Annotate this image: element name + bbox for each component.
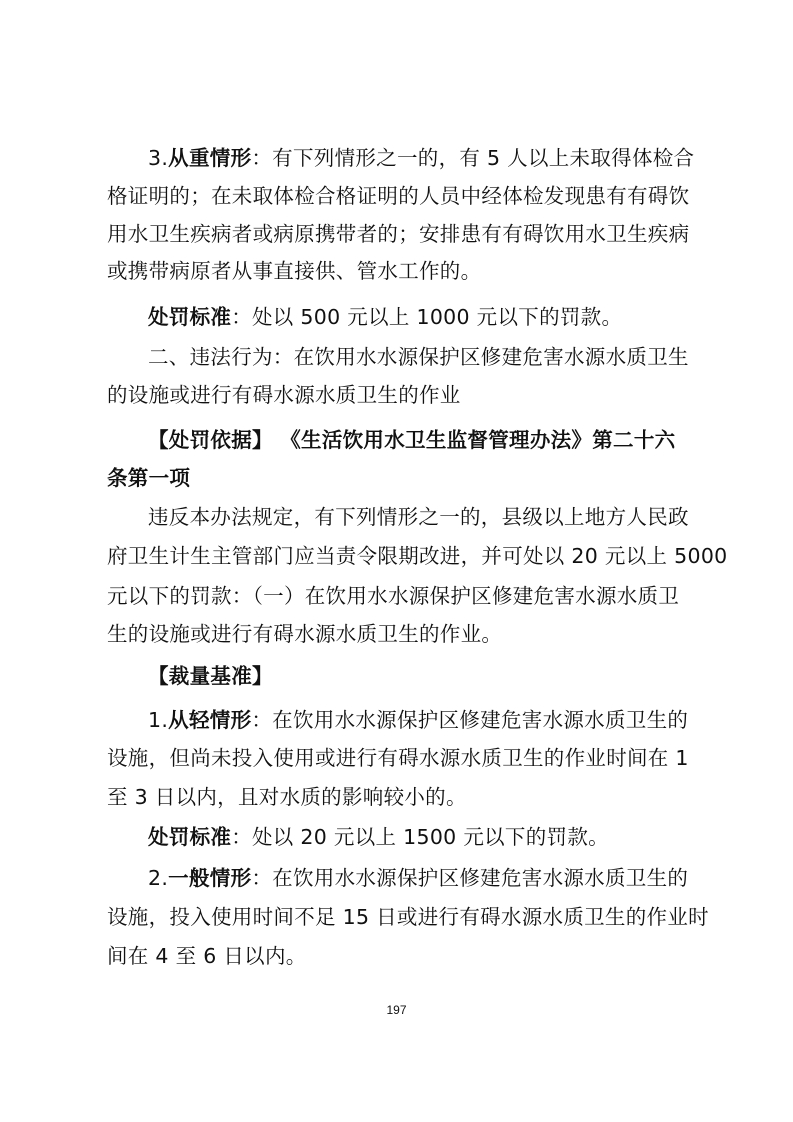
p1-line1: 3.从重情形：有下列情形之一的，有 5 人以上未取得体检合 (148, 146, 738, 170)
violation-heading-line1: 二、违法行为：在饮用水水源保护区修建危害水源水质卫生 (148, 345, 738, 369)
penalty-label: 处罚标准 (148, 825, 231, 849)
item-text: ：在饮用水水源保护区修建危害水源水质卫生的 (251, 866, 688, 890)
regulation-line2: 府卫生计生主管部门应当责令限期改进，并可处以 20 元以上 5000 (107, 544, 697, 568)
regulation-line1: 违反本办法规定，有下列情形之一的，县级以上地方人民政 (148, 505, 738, 529)
page-number: 197 (0, 1003, 793, 1017)
penalty-label: 处罚标准 (148, 305, 231, 329)
item-number: 1. (148, 708, 168, 732)
penalty-standard-2: 处罚标准：处以 20 元以上 1500 元以下的罚款。 (148, 825, 738, 849)
item-text: ：在饮用水水源保护区修建危害水源水质卫生的 (251, 708, 688, 732)
item-label: 从重情形 (168, 146, 251, 170)
p1-line4: 或携带病原者从事直接供、管水工作的。 (107, 259, 697, 283)
p7-line2: 设施，但尚未投入使用或进行有碍水源水质卫生的作业时间在 1 (107, 746, 697, 770)
discretion-heading: 【裁量基准】 (148, 664, 738, 688)
document-page: 3.从重情形：有下列情形之一的，有 5 人以上未取得体检合 格证明的；在未取体检… (0, 0, 793, 1122)
regulation-line4: 生的设施或进行有碍水源水质卫生的作业。 (107, 622, 697, 646)
item-text: ：有下列情形之一的，有 5 人以上未取得体检合 (251, 146, 694, 170)
p9-line1: 2.一般情形：在饮用水水源保护区修建危害水源水质卫生的 (148, 866, 738, 890)
p1-line3: 用水卫生疾病者或病原携带者的；安排患有有碍饮用水卫生疾病 (107, 222, 697, 246)
item-number: 3. (148, 146, 168, 170)
penalty-text: ：处以 20 元以上 1500 元以下的罚款。 (231, 825, 609, 849)
p1-line2: 格证明的；在未取体检合格证明的人员中经体检发现患有有碍饮 (107, 184, 697, 208)
item-label: 一般情形 (168, 866, 251, 890)
p9-line3: 间在 4 至 6 日以内。 (107, 944, 697, 968)
penalty-basis-line1: 【处罚依据】 《生活饮用水卫生监督管理办法》第二十六 (148, 428, 738, 452)
item-number: 2. (148, 866, 168, 890)
p7-line1: 1.从轻情形：在饮用水水源保护区修建危害水源水质卫生的 (148, 708, 738, 732)
p7-line3: 至 3 日以内，且对水质的影响较小的。 (107, 785, 697, 809)
item-label: 从轻情形 (168, 708, 251, 732)
regulation-line3: 元以下的罚款：（一）在饮用水水源保护区修建危害水源水质卫 (107, 584, 697, 608)
penalty-standard-1: 处罚标准：处以 500 元以上 1000 元以下的罚款。 (148, 305, 738, 329)
p9-line2: 设施，投入使用时间不足 15 日或进行有碍水源水质卫生的作业时 (107, 905, 697, 929)
violation-heading-line2: 的设施或进行有碍水源水质卫生的作业 (107, 383, 697, 407)
penalty-text: ：处以 500 元以上 1000 元以下的罚款。 (231, 305, 622, 329)
penalty-basis-line2: 条第一项 (107, 466, 697, 490)
